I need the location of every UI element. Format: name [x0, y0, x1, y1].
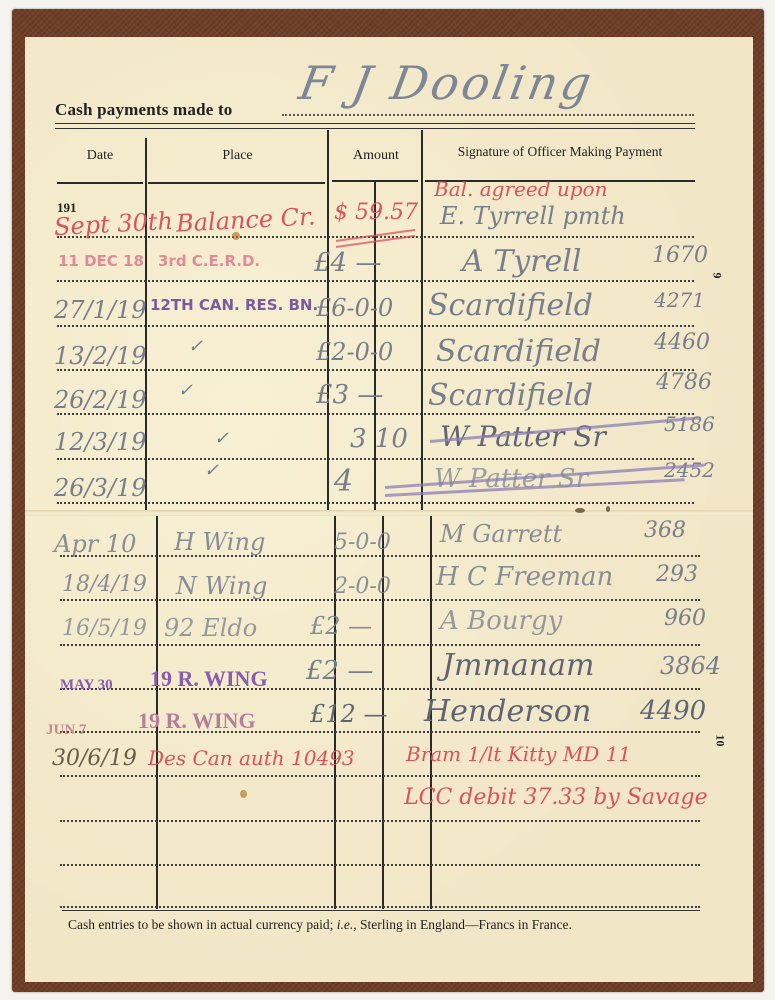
paper-stain	[575, 508, 585, 513]
entry-date-stamp: MAY 30	[60, 677, 113, 694]
header-underline-place	[148, 182, 325, 184]
entry-date: 30/6/19	[52, 746, 137, 771]
entry-date: Apr 10	[54, 530, 136, 558]
entry-number: 3864	[660, 652, 721, 680]
row-line	[60, 555, 700, 557]
entry-date: 12/3/19	[54, 428, 147, 456]
entry-signature: Scardifield	[428, 378, 593, 413]
column-header-place: Place	[150, 148, 325, 164]
column-header-amount: Amount	[330, 148, 422, 164]
entry-date: 27/1/19	[54, 296, 147, 324]
entry-amount: 4	[334, 464, 353, 499]
payee-dotted-line	[282, 114, 694, 116]
row-line	[60, 864, 700, 866]
entry-amount: 2-0-0	[334, 574, 391, 599]
paper-stain	[240, 790, 247, 798]
footer-rule	[62, 910, 700, 913]
entry-amount: 3 10	[350, 424, 408, 454]
entry-signature: Scardifield	[428, 288, 593, 323]
row-line	[57, 369, 694, 371]
entry-amount: 5-0-0	[334, 530, 391, 555]
entry-amount: £3 —	[316, 380, 383, 410]
entry-place-stamp: 3rd C.E.R.D.	[158, 252, 260, 270]
entry-amount: £4 —	[314, 248, 381, 278]
entry-place-tick: ✓	[204, 460, 219, 481]
column-header-date: Date	[60, 148, 140, 164]
entry-number: 1670	[652, 243, 708, 268]
entry-place-tick: ✓	[178, 380, 193, 401]
footer-note: Cash entries to be shown in actual curre…	[68, 917, 572, 933]
row-line	[57, 458, 694, 460]
entry-date-stamp: 11 DEC 18	[58, 252, 144, 270]
row-line	[60, 906, 700, 908]
row-line	[60, 644, 700, 646]
entry-amount: £2 —	[310, 612, 372, 640]
entry-number: 4271	[654, 288, 705, 312]
page-title: Cash payments made to	[55, 100, 233, 120]
entry-signature: H C Freeman	[436, 562, 613, 592]
entry-amount: £6-0-0	[316, 294, 393, 322]
entry-signature: Bram 1/lt Kitty MD 11	[406, 742, 631, 766]
entry-number: 293	[656, 562, 698, 587]
entry-signature: Bal. agreed upon	[434, 177, 607, 201]
row-line	[57, 413, 694, 415]
row-line	[57, 280, 694, 282]
entry-date-stamp: JUN 7	[46, 722, 86, 739]
entry-number: 368	[644, 518, 686, 543]
row-line	[60, 775, 700, 777]
entry-place: H Wing	[174, 528, 265, 556]
entry-signature: LCC debit 37.33 by Savage	[404, 785, 708, 810]
entry-number: 4460	[654, 330, 710, 355]
entry-place: N Wing	[176, 572, 267, 600]
entry-number: 960	[664, 606, 706, 631]
entry-signature: Scardifield	[436, 334, 601, 369]
entry-signature: Jmmanam	[442, 648, 594, 683]
entry-amount: £12 —	[310, 700, 387, 728]
row-line	[60, 599, 700, 601]
footer-note-text-end: Sterling in England—Francs in France.	[357, 917, 572, 932]
payee-name: F J Dooling	[295, 56, 598, 110]
page-number: 10	[713, 735, 728, 747]
column-header-signature: Signature of Officer Making Payment	[425, 144, 695, 160]
entry-amount: $ 59.57	[334, 200, 418, 225]
footer-note-text: Cash entries to be shown in actual curre…	[68, 917, 337, 932]
entry-number: 5186	[664, 412, 715, 436]
entry-amount: £2 —	[306, 656, 373, 686]
entry-date: 16/5/19	[62, 616, 147, 641]
entry-number: 4490	[640, 696, 706, 726]
entry-signature: A Bourgy	[440, 606, 562, 636]
entry-place-tick: ✓	[188, 336, 203, 357]
entry-place: 92 Eldo	[164, 614, 257, 642]
paper-stain	[232, 232, 240, 240]
page-number: 9	[710, 273, 725, 279]
entry-signature: A Tyrell	[462, 244, 581, 279]
entry-place-stamp: 12TH CAN. RES. BN.	[150, 296, 318, 314]
footer-note-ie: i.e.,	[337, 917, 357, 932]
row-line	[57, 502, 694, 504]
entry-date: 18/4/19	[62, 572, 147, 597]
entry-signature: M Garrett	[440, 520, 562, 548]
row-line	[57, 236, 694, 238]
row-line	[60, 820, 700, 822]
entry-place: Des Can auth 10493	[148, 746, 355, 770]
entry-date: 13/2/19	[54, 342, 147, 370]
entry-amount: £2-0-0	[316, 338, 393, 366]
paper-stain	[606, 506, 610, 512]
entry-place-stamp: 19 R. WING	[138, 708, 256, 734]
entry-signature: Henderson	[424, 694, 591, 729]
column-divider	[421, 130, 423, 510]
row-line	[57, 325, 694, 327]
entry-signature: E. Tyrrell pmth	[440, 202, 626, 230]
entry-place-stamp: 19 R. WING	[150, 666, 268, 692]
page-fold	[25, 510, 753, 516]
entry-place-tick: ✓	[214, 428, 229, 449]
header-underline-date	[57, 182, 143, 184]
entry-number: 4786	[656, 370, 712, 395]
entry-date: 26/3/19	[54, 474, 147, 502]
header-rule	[55, 123, 695, 129]
entry-date: 26/2/19	[54, 386, 147, 414]
